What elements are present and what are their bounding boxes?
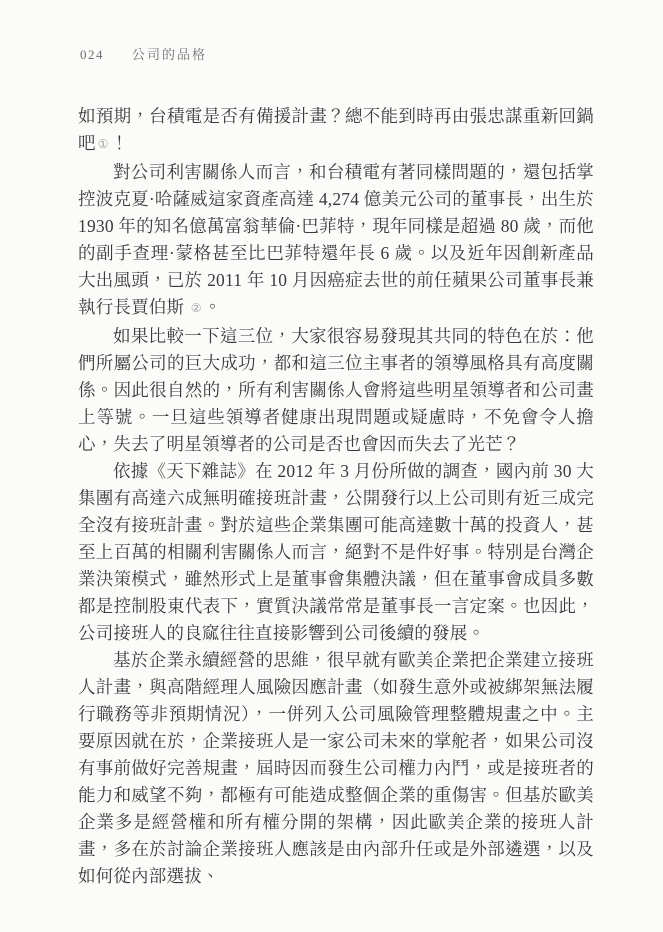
- text-run: 。: [204, 297, 222, 317]
- paragraph: 基於企業永續經營的思維，很早就有歐美企業把企業建立接班人計畫，與高階經理人風險因…: [78, 647, 594, 890]
- text-run: 對公司利害關係人而言，和台積電有著同樣問題的，還包括掌控波克夏·哈薩威這家資產高…: [78, 162, 594, 317]
- text-run: 基於企業永續經營的思維，很早就有歐美企業把企業建立接班人計畫，與高階經理人風險因…: [78, 650, 594, 886]
- text-run: 如預期，台積電是否有備援計畫？總不能到時再由張忠謀重新回鍋吧: [78, 106, 594, 153]
- paragraph: 對公司利害關係人而言，和台積電有著同樣問題的，還包括掌控波克夏·哈薩威這家資產高…: [78, 159, 594, 323]
- text-run: 依據《天下雜誌》在 2012 年 3 月份所做的調查，國內前 30 大集團有高達…: [78, 461, 594, 643]
- text-run: 如果比較一下這三位，大家很容易發現其共同的特色在於：他們所屬公司的巨大成功，都和…: [78, 326, 594, 454]
- page-number: 024: [80, 47, 104, 63]
- book-page: 024 公司的品格 如預期，台積電是否有備援計畫？總不能到時再由張忠謀重新回鍋吧…: [0, 0, 663, 932]
- running-title: 公司的品格: [132, 44, 207, 63]
- paragraph: 依據《天下雜誌》在 2012 年 3 月份所做的調查，國內前 30 大集團有高達…: [78, 458, 594, 647]
- body-text: 如預期，台積電是否有備援計畫？總不能到時再由張忠謀重新回鍋吧①！對公司利害關係人…: [78, 103, 594, 890]
- paragraph: 如預期，台積電是否有備援計畫？總不能到時再由張忠謀重新回鍋吧①！: [78, 103, 594, 159]
- footnote-marker: ②: [189, 301, 204, 315]
- paragraph: 如果比較一下這三位，大家很容易發現其共同的特色在於：他們所屬公司的巨大成功，都和…: [78, 323, 594, 458]
- footnote-marker: ①: [96, 137, 111, 151]
- page-header: 024 公司的品格: [80, 44, 207, 63]
- text-run: ！: [111, 133, 129, 153]
